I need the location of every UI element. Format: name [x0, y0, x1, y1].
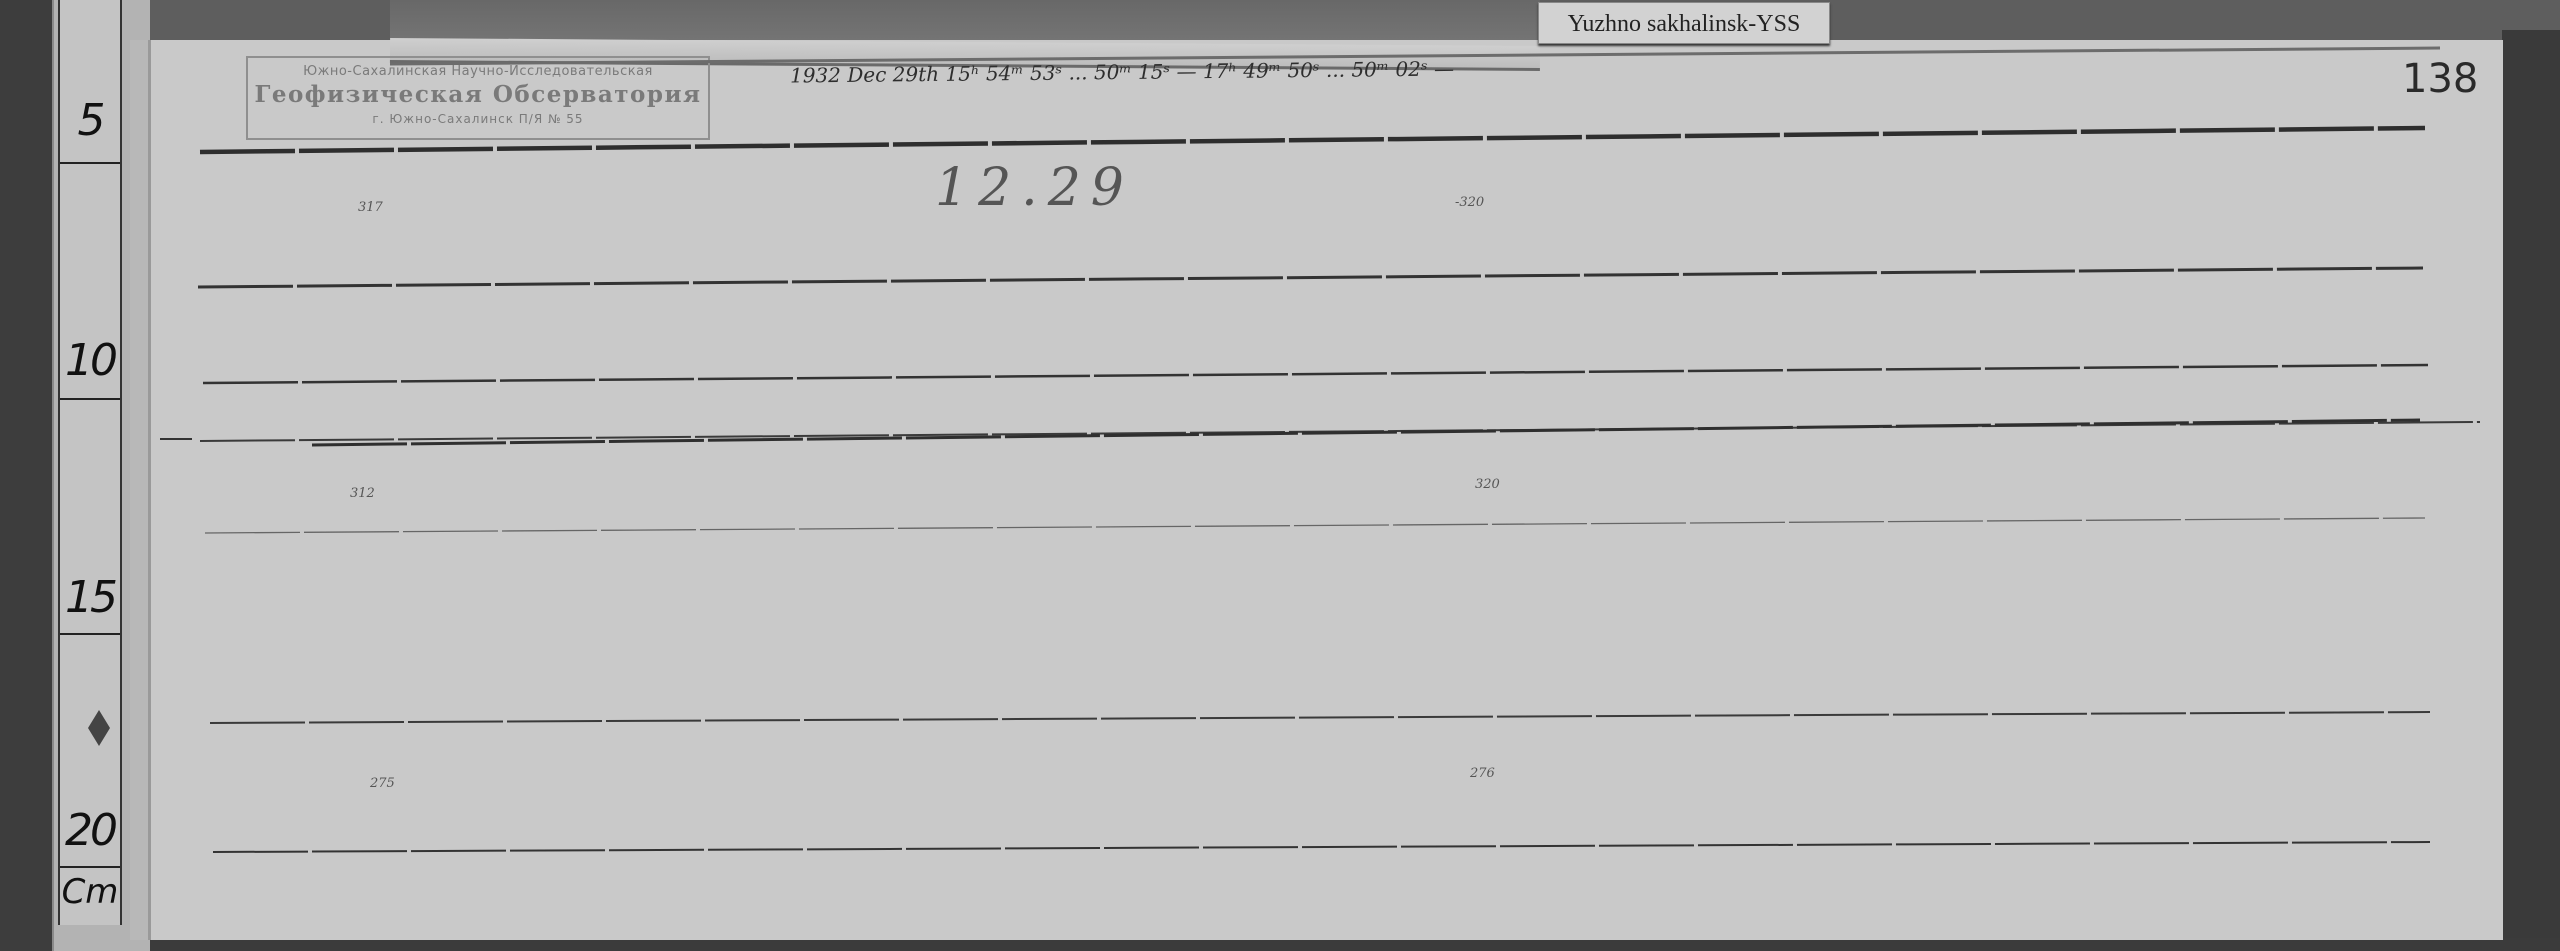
seismogram-traces	[0, 0, 2560, 951]
